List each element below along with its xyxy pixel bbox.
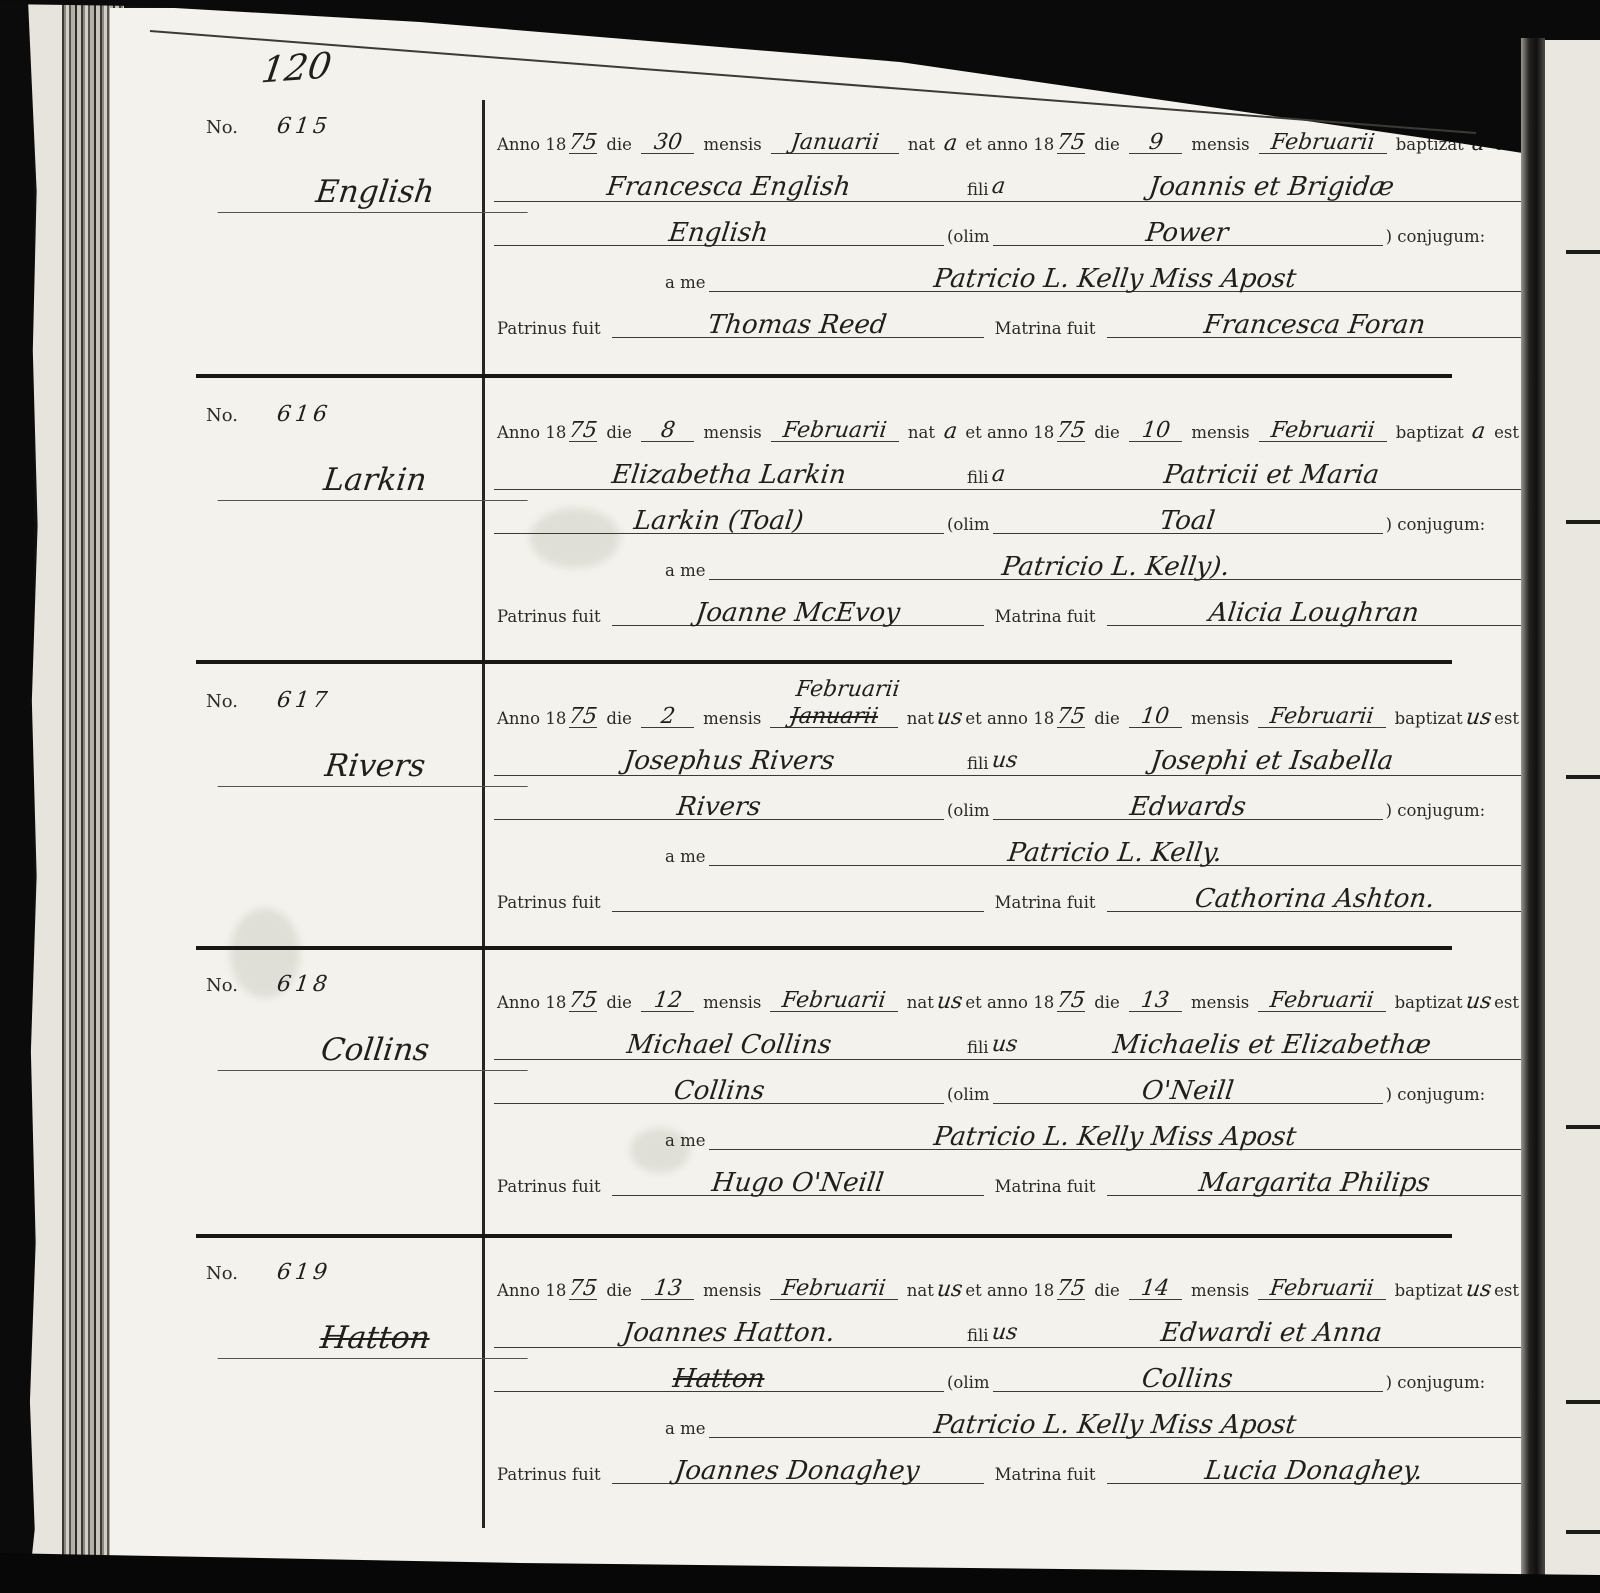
- label-nat: nat: [907, 1281, 934, 1300]
- label-patrinus: Patrinus fuit: [497, 1177, 601, 1196]
- olim-row: Larkin (Toal) (olim Toal ) conjugum:: [494, 490, 1522, 536]
- label-et-anno: et anno 18: [965, 135, 1054, 154]
- surname-index: Collins: [218, 1032, 533, 1071]
- olim-row: Rivers (olim Edwards ) conjugum:: [494, 776, 1522, 822]
- label-die: die: [606, 993, 632, 1012]
- entry-number: 615: [276, 114, 333, 139]
- godmother-name: Francesca Foran: [1107, 314, 1523, 338]
- label-a-me: a me: [665, 847, 706, 866]
- label-baptizat: baptizat: [1395, 709, 1463, 728]
- label-est: est: [1494, 423, 1519, 442]
- born-year: 75: [569, 133, 597, 154]
- godmother-name: Alicia Loughran: [1107, 602, 1523, 626]
- born-day: 8: [641, 421, 695, 442]
- label-anno: Anno 18: [497, 709, 566, 728]
- born-month: Februarii Januarii: [770, 707, 897, 728]
- page-number: 120: [259, 46, 334, 92]
- label-fili: fili: [967, 468, 989, 487]
- godmother-name: Cathorina Ashton.: [1107, 888, 1523, 912]
- label-mensis: mensis: [703, 709, 761, 728]
- month-correction: Februarii: [795, 680, 901, 700]
- sponsors-row: Patrinus fuit Joannes Donaghey Matrina f…: [494, 1440, 1522, 1486]
- register-scan: 120 No. 615 English Anno 18 75 die 30 me…: [0, 0, 1600, 1593]
- bapt-month: Februarii: [1258, 1279, 1385, 1300]
- label-baptizat: baptizat: [1395, 993, 1463, 1012]
- born-year: 75: [569, 421, 597, 442]
- bapt-year: 75: [1057, 1279, 1085, 1300]
- label-no: No.: [206, 1263, 238, 1284]
- surname-index: Hatton: [218, 1320, 533, 1359]
- entry-number-block: No. 617: [206, 688, 331, 713]
- label-conjugum: ) conjugum:: [1386, 1373, 1486, 1392]
- child-row: Josephus Rivers fili us Josephi et Isabe…: [494, 730, 1522, 776]
- minister-signature: Patricio L. Kelly Miss Apost: [709, 1126, 1523, 1150]
- label-a-me: a me: [665, 1419, 706, 1438]
- fili-suffix: a: [992, 462, 1022, 487]
- label-olim: (olim: [947, 1085, 990, 1104]
- minister-signature: Patricio L. Kelly.: [709, 842, 1523, 866]
- mother-maiden-name: Edwards: [993, 796, 1383, 820]
- bapt-month: Februarii: [1259, 421, 1387, 442]
- label-anno: Anno 18: [497, 135, 566, 154]
- mother-maiden-name: Power: [993, 222, 1383, 246]
- label-a-me: a me: [665, 1131, 706, 1150]
- parents-names: Josephi et Isabella: [1022, 750, 1522, 773]
- label-matrina: Matrina fuit: [995, 893, 1096, 912]
- baptism-entry: No. 618 Collins Anno 18 75 die 12 mensis…: [110, 958, 1524, 1236]
- born-year: 75: [569, 707, 597, 728]
- next-page-line-fragment: [1566, 1400, 1600, 1404]
- label-matrina: Matrina fuit: [995, 319, 1096, 338]
- label-matrina: Matrina fuit: [995, 1465, 1096, 1484]
- olim-row: Hatton (olim Collins ) conjugum:: [494, 1348, 1522, 1394]
- nat-suffix: a: [938, 134, 962, 154]
- entry-number: 617: [276, 688, 333, 713]
- entry-number: 616: [276, 402, 333, 427]
- label-mensis: mensis: [703, 423, 761, 442]
- register-page: 120 No. 615 English Anno 18 75 die 30 me…: [110, 8, 1524, 1580]
- label-olim: (olim: [947, 515, 990, 534]
- label-no: No.: [206, 405, 238, 426]
- dates-row: Anno 18 75 die 13 mensis Februarii nat u…: [494, 1256, 1522, 1302]
- next-page-line-fragment: [1566, 775, 1600, 779]
- godmother-name: Margarita Philips: [1107, 1172, 1523, 1196]
- next-page-line-fragment: [1566, 1125, 1600, 1129]
- label-fili: fili: [967, 180, 989, 199]
- label-anno: Anno 18: [497, 993, 566, 1012]
- nat-suffix: a: [938, 422, 962, 442]
- label-patrinus: Patrinus fuit: [497, 893, 601, 912]
- child-name: Elizabetha Larkin: [494, 464, 964, 487]
- fili-suffix: us: [992, 748, 1022, 773]
- child-name: Josephus Rivers: [494, 750, 964, 773]
- family-name: Rivers: [494, 796, 944, 820]
- bapt-suffix: us: [1466, 708, 1491, 728]
- nat-suffix: us: [937, 992, 962, 1012]
- label-die: die: [606, 1281, 632, 1300]
- godfather-name: Joanne McEvoy: [612, 602, 984, 626]
- surname-index: Rivers: [218, 748, 533, 787]
- mother-maiden-name: Collins: [993, 1368, 1383, 1392]
- label-et-anno: et anno 18: [965, 423, 1054, 442]
- mother-maiden-name: Toal: [993, 510, 1383, 534]
- parents-names: Joannis et Brigidæ: [1022, 176, 1522, 199]
- parents-names: Edwardi et Anna: [1022, 1322, 1522, 1345]
- label-patrinus: Patrinus fuit: [497, 1465, 601, 1484]
- child-row: Michael Collins fili us Michaelis et Eli…: [494, 1014, 1522, 1060]
- label-olim: (olim: [947, 1373, 990, 1392]
- olim-row: Collins (olim O'Neill ) conjugum:: [494, 1060, 1522, 1106]
- label-fili: fili: [967, 754, 989, 773]
- label-a-me: a me: [665, 273, 706, 292]
- label-no: No.: [206, 975, 238, 996]
- sponsors-row: Patrinus fuit Hugo O'Neill Matrina fuit …: [494, 1152, 1522, 1198]
- bapt-day: 14: [1129, 1279, 1182, 1300]
- bapt-day: 10: [1129, 421, 1183, 442]
- nat-suffix: us: [937, 1280, 962, 1300]
- born-day: 13: [641, 1279, 694, 1300]
- label-patrinus: Patrinus fuit: [497, 319, 601, 338]
- bapt-month: Februarii: [1258, 991, 1385, 1012]
- godfather-name: Joannes Donaghey: [612, 1460, 984, 1484]
- label-nat: nat: [908, 423, 935, 442]
- baptism-entry: No. 615 English Anno 18 75 die 30 mensis…: [110, 100, 1524, 378]
- gutter-shadow: [1521, 38, 1545, 1593]
- born-year: 75: [569, 1279, 597, 1300]
- next-page-sliver: [1545, 40, 1600, 1593]
- entry-form: Anno 18 75 die 12 mensis Februarii nat u…: [494, 968, 1522, 1198]
- godfather-name: Hugo O'Neill: [612, 1172, 984, 1196]
- bapt-day: 10: [1129, 707, 1182, 728]
- fili-suffix: us: [992, 1032, 1022, 1057]
- label-et-anno: et anno 18: [965, 1281, 1054, 1300]
- bapt-year: 75: [1057, 421, 1085, 442]
- entry-number-block: No. 618: [206, 972, 331, 997]
- label-nat: nat: [908, 135, 935, 154]
- dates-row: Anno 18 75 die 2 mensis Februarii Januar…: [494, 684, 1522, 730]
- minister-row: a me Patricio L. Kelly.: [494, 822, 1522, 868]
- label-fili: fili: [967, 1326, 989, 1345]
- label-olim: (olim: [947, 227, 990, 246]
- dates-row: Anno 18 75 die 8 mensis Februarii nat a …: [494, 398, 1522, 444]
- child-row: Joannes Hatton. fili us Edwardi et Anna: [494, 1302, 1522, 1348]
- born-month: Februarii: [770, 1279, 897, 1300]
- bapt-suffix: us: [1466, 992, 1491, 1012]
- godfather-name: [612, 892, 984, 912]
- family-name: Larkin (Toal): [494, 510, 944, 534]
- label-die-2: die: [1094, 1281, 1120, 1300]
- entry-form: Anno 18 75 die 13 mensis Februarii nat u…: [494, 1256, 1522, 1486]
- minister-row: a me Patricio L. Kelly Miss Apost: [494, 1394, 1522, 1440]
- bapt-month: Februarii: [1259, 133, 1387, 154]
- parents-names: Michaelis et Elizabethæ: [1022, 1034, 1522, 1057]
- label-nat: nat: [907, 993, 934, 1012]
- mother-maiden-name: O'Neill: [993, 1080, 1383, 1104]
- born-month: Februarii: [770, 991, 897, 1012]
- label-conjugum: ) conjugum:: [1386, 227, 1486, 246]
- entry-number-block: No. 619: [206, 1260, 331, 1285]
- minister-row: a me Patricio L. Kelly Miss Apost: [494, 248, 1522, 294]
- parents-names: Patricii et Maria: [1022, 464, 1522, 487]
- label-mensis: mensis: [703, 993, 761, 1012]
- child-row: Elizabetha Larkin fili a Patricii et Mar…: [494, 444, 1522, 490]
- entry-form: Anno 18 75 die 30 mensis Januarii nat a …: [494, 110, 1522, 340]
- label-fili: fili: [967, 1038, 989, 1057]
- born-day: 30: [641, 133, 695, 154]
- sponsors-row: Patrinus fuit Matrina fuit Cathorina Ash…: [494, 868, 1522, 914]
- label-a-me: a me: [665, 561, 706, 580]
- sponsors-row: Patrinus fuit Thomas Reed Matrina fuit F…: [494, 294, 1522, 340]
- minister-row: a me Patricio L. Kelly).: [494, 536, 1522, 582]
- next-page-line-fragment: [1566, 520, 1600, 524]
- bapt-month: Februarii: [1258, 707, 1385, 728]
- label-est: est: [1494, 709, 1519, 728]
- surname-index: English: [218, 174, 533, 213]
- olim-row: English (olim Power ) conjugum:: [494, 202, 1522, 248]
- bapt-year: 75: [1057, 133, 1085, 154]
- child-name: Joannes Hatton.: [494, 1322, 964, 1345]
- born-month: Januarii: [771, 133, 899, 154]
- label-die: die: [606, 423, 632, 442]
- label-conjugum: ) conjugum:: [1386, 801, 1486, 820]
- label-die-2: die: [1094, 423, 1120, 442]
- entry-number-block: No. 615: [206, 114, 331, 139]
- surname-index: Larkin: [218, 462, 533, 501]
- label-et-anno: et anno 18: [965, 993, 1054, 1012]
- minister-signature: Patricio L. Kelly Miss Apost: [709, 1414, 1523, 1438]
- baptism-entry: No. 617 Rivers Anno 18 75 die 2 mensis F…: [110, 674, 1524, 952]
- label-baptizat: baptizat: [1396, 423, 1464, 442]
- label-nat: nat: [907, 709, 934, 728]
- godmother-name: Lucia Donaghey.: [1107, 1460, 1523, 1484]
- label-est: est: [1494, 993, 1519, 1012]
- book-spine: [0, 0, 34, 1593]
- label-olim: (olim: [947, 801, 990, 820]
- child-row: Francesca English fili a Joannis et Brig…: [494, 156, 1522, 202]
- label-mensis-2: mensis: [1191, 135, 1249, 154]
- label-et-anno: et anno 18: [965, 709, 1054, 728]
- label-conjugum: ) conjugum:: [1386, 1085, 1486, 1104]
- born-month: Februarii: [771, 421, 899, 442]
- child-name: Francesca English: [494, 176, 964, 199]
- label-mensis-2: mensis: [1191, 709, 1249, 728]
- label-matrina: Matrina fuit: [995, 607, 1096, 626]
- entry-number-block: No. 616: [206, 402, 331, 427]
- minister-signature: Patricio L. Kelly).: [709, 556, 1523, 580]
- bapt-day: 13: [1129, 991, 1182, 1012]
- entry-number: 618: [276, 972, 333, 997]
- family-name: English: [494, 222, 944, 246]
- label-die-2: die: [1094, 135, 1120, 154]
- born-year: 75: [569, 991, 597, 1012]
- label-mensis-2: mensis: [1191, 1281, 1249, 1300]
- bapt-suffix: us: [1466, 1280, 1491, 1300]
- label-mensis-2: mensis: [1191, 993, 1249, 1012]
- label-no: No.: [206, 117, 238, 138]
- label-die: die: [606, 709, 632, 728]
- dates-row: Anno 18 75 die 12 mensis Februarii nat u…: [494, 968, 1522, 1014]
- label-die: die: [606, 135, 632, 154]
- label-patrinus: Patrinus fuit: [497, 607, 601, 626]
- child-name: Michael Collins: [494, 1034, 964, 1057]
- label-mensis-2: mensis: [1191, 423, 1249, 442]
- label-no: No.: [206, 691, 238, 712]
- label-baptizat: baptizat: [1395, 1281, 1463, 1300]
- fili-suffix: a: [992, 174, 1022, 199]
- born-day: 12: [641, 991, 694, 1012]
- sponsors-row: Patrinus fuit Joanne McEvoy Matrina fuit…: [494, 582, 1522, 628]
- label-anno: Anno 18: [497, 423, 566, 442]
- label-mensis: mensis: [703, 1281, 761, 1300]
- label-mensis: mensis: [703, 135, 761, 154]
- born-day: 2: [641, 707, 694, 728]
- label-die-2: die: [1094, 709, 1120, 728]
- baptism-entry: No. 619 Hatton Anno 18 75 die 13 mensis …: [110, 1246, 1524, 1524]
- entry-form: Anno 18 75 die 2 mensis Februarii Januar…: [494, 684, 1522, 914]
- bapt-day: 9: [1129, 133, 1183, 154]
- entry-form: Anno 18 75 die 8 mensis Februarii nat a …: [494, 398, 1522, 628]
- family-name: Hatton: [494, 1368, 944, 1392]
- fili-suffix: us: [992, 1320, 1022, 1345]
- bapt-year: 75: [1057, 991, 1085, 1012]
- label-est: est: [1494, 1281, 1519, 1300]
- next-page-line-fragment: [1566, 1530, 1600, 1534]
- bapt-year: 75: [1057, 707, 1085, 728]
- label-conjugum: ) conjugum:: [1386, 515, 1486, 534]
- baptism-entry: No. 616 Larkin Anno 18 75 die 8 mensis F…: [110, 388, 1524, 666]
- label-die-2: die: [1094, 993, 1120, 1012]
- nat-suffix: us: [937, 708, 962, 728]
- bapt-suffix: a: [1467, 422, 1491, 442]
- godfather-name: Thomas Reed: [612, 314, 984, 338]
- minister-row: a me Patricio L. Kelly Miss Apost: [494, 1106, 1522, 1152]
- entry-number: 619: [276, 1260, 333, 1285]
- family-name: Collins: [494, 1080, 944, 1104]
- label-anno: Anno 18: [497, 1281, 566, 1300]
- next-page-line-fragment: [1566, 250, 1600, 254]
- label-matrina: Matrina fuit: [995, 1177, 1096, 1196]
- minister-signature: Patricio L. Kelly Miss Apost: [709, 268, 1523, 292]
